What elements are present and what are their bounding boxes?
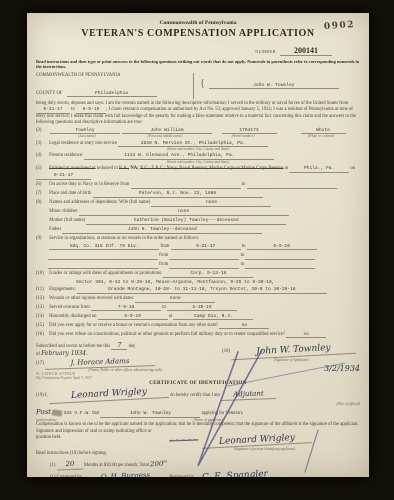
q2-sub-first: (First and middle name) <box>126 134 204 138</box>
form-row-q11: (11) Engagements: Grande Montagne, 10-28… <box>36 287 360 294</box>
identifier-signature-line: ~~~~~ Leonard Wrigley <box>169 429 360 447</box>
q9-from-date: 9-21-17 <box>171 244 241 251</box>
oath-pre: being duly sworn, deposes and says: I am… <box>36 101 348 106</box>
q10-value: Corp. 9-13-18 <box>163 271 253 278</box>
form-row-q13: (13) Served overseas from 7-9-18 to 5-30… <box>36 305 360 312</box>
q10-number: (10) <box>36 271 48 277</box>
q11-label: Engagements: <box>49 287 76 292</box>
total-sup: 00 <box>163 459 167 463</box>
q15-label: Did you ever apply for or receive a bonu… <box>49 323 218 328</box>
q9-to-word-2: to <box>241 253 245 258</box>
sworn-line: Subscribed and sworn to before me this 7… <box>36 341 214 350</box>
application-form-sheet: 0902 Commonwealth of Pennsylvania VETERA… <box>27 13 369 477</box>
q9-from-word-3: from <box>159 262 168 267</box>
q8-father-line: Father John H. Townley--deceased <box>36 227 360 234</box>
q17-number: (17) <box>36 361 44 366</box>
q18-number: (18) <box>222 349 230 354</box>
form-row-q16: (16) Did you ever refuse on conscientiou… <box>36 332 360 339</box>
q2-number: (2) <box>36 128 48 135</box>
q2-sub-race: (White or colored) <box>282 134 360 138</box>
q2-first-name: John William <box>122 128 212 135</box>
notary-stamp-line2: My Commission Expires April 7, 1937 <box>36 376 214 380</box>
q14-label: Honorably discharged on <box>49 314 96 319</box>
q3-sublabel: (Street and number, City, County and Sta… <box>36 147 360 151</box>
number-line: NUMBER 200141 <box>36 40 360 58</box>
q11-value: Grande Montagne, 10-28- to 11-11-18, Tro… <box>77 287 327 294</box>
jurisdiction-block: COMMONWEALTH OF PENNSYLVANIA COUNTY OF P… <box>36 73 360 99</box>
q8-label: Names and addresses of dependents: Wife … <box>49 200 150 205</box>
q9-service-line-1: Hdq. Co. 316 Inf. 79 Div. from 9-21-17 t… <box>36 244 360 251</box>
q7-label: Place and date of birth <box>49 191 91 196</box>
q13-to: 5-30-19 <box>167 305 237 312</box>
sworn-day-word: day <box>129 344 136 349</box>
that-word: that <box>92 411 99 416</box>
total-main: 200 <box>150 459 164 467</box>
form-row-q9: (9) Service in organizations, at station… <box>36 236 360 242</box>
q16-answer: no <box>286 332 326 339</box>
q8-minor-label: Minor children <box>49 209 77 214</box>
months-text: Months at $10.00 per month; Total <box>84 463 149 468</box>
sworn-month-hw: February 1934. <box>41 350 88 357</box>
q9-service-line-3: from to <box>36 262 360 269</box>
sworn-pre: Subscribed and sworn to before me this <box>36 344 110 349</box>
q9-to-date: 6-9-19 <box>247 244 317 251</box>
q7-number: (7) <box>36 191 48 197</box>
q19-number: (19) <box>36 393 44 398</box>
q10-label: Grades or ratings with dates of appointm… <box>49 271 162 276</box>
post-hw: Post <box>36 408 51 417</box>
q8-wife: none <box>151 200 271 207</box>
q9-to-word: to <box>242 244 246 249</box>
q8-minor-value: none <box>79 209 289 216</box>
identifier-signature-column: ~~~~~ Leonard Wrigley (Signature of pers… <box>159 429 360 451</box>
commonwealth-line: COMMONWEALTH OF PENNSYLVANIA <box>36 73 193 79</box>
q5-struck-ra: R.A.; <box>119 166 129 171</box>
q5-kept-na: NA; <box>130 166 138 171</box>
q16-label: Did you ever refuse on conscientious, po… <box>49 332 285 337</box>
form-row-q10: (10) Grades or ratings with dates of app… <box>36 271 360 278</box>
commonwealth-heading: Commonwealth of Pennsylvania <box>36 20 360 27</box>
number-value: 200141 <box>280 46 332 56</box>
q12-value: none <box>135 296 215 303</box>
notary-column: Subscribed and sworn to before me this 7… <box>36 341 214 380</box>
read-note: Read instructions (19) before signing. <box>36 451 360 457</box>
form-row-q4: (4) Present residence: 1134 W. Glenwood … <box>36 153 360 160</box>
q8-father-label: Father <box>49 227 61 232</box>
certificate-title: CERTIFICATE OF IDENTIFICATION <box>36 381 360 387</box>
q8-number: (8) <box>36 200 48 206</box>
oath-from-date: 9-21-17 <box>36 107 70 114</box>
form-row-q6: (6) On active duty in Navy or in Reserve… <box>36 182 360 189</box>
brace: { <box>200 78 205 89</box>
q19-mid: do hereby certify that I am <box>170 393 220 398</box>
q4-label: Present residence: <box>49 153 83 158</box>
instructions-note: Read instructions and then type or print… <box>36 59 360 70</box>
q16-number: (16) <box>36 332 48 338</box>
form-title: VETERAN'S COMPENSATION APPLICATION <box>36 28 360 39</box>
form-row-q14: (14) Honorably discharged on 6-9-19 at C… <box>36 314 360 321</box>
q12-label: Wounds or other injuries received with d… <box>49 296 134 301</box>
oath-to-word: to <box>71 107 75 112</box>
q19-i-word: I, <box>45 393 48 398</box>
applicant-name-typed: John W. Townley <box>209 83 339 89</box>
form-row-q8: (8) Names and addresses of dependents: W… <box>36 200 360 207</box>
q11-overflow-line: Sector 304, 9-13 to 9-25-18, Meuse-Argon… <box>76 280 360 285</box>
q9-to-word-3: to <box>241 262 245 267</box>
form-row-q2: (2) Townley John William 1764173 White <box>36 128 360 135</box>
form-row-q5: (5) Enlisted or re-enlisted or inducted … <box>36 166 360 179</box>
identifier-title-hw: Adjutant <box>221 389 276 401</box>
certificate-applicant-name: John W. Townley <box>100 411 200 418</box>
q2-sublabels: (Last name) (First and middle name) (Ser… <box>36 134 360 138</box>
sworn-day-hw: 7 <box>111 341 127 350</box>
form-row-q3: (3) Legal residence at entry into servic… <box>36 141 360 148</box>
q14-place: Camp Dix, N.J. <box>173 314 253 321</box>
reviewed-label: Reviewed by <box>169 475 194 477</box>
q5-number: (5) <box>36 166 48 172</box>
q3-number: (3) <box>36 141 48 147</box>
q5-on-word: on <box>350 166 355 171</box>
months-hw: 20 <box>56 459 82 470</box>
computation-computed-line: (1) Computed by O. H. Burgess Reviewed b… <box>50 471 360 477</box>
q5-struck-enlisted: Enlisted or re-enlisted or <box>49 166 95 171</box>
seal-note: Signature and impression of seal or stam… <box>36 429 159 451</box>
identifier-sublabel: (Signature of person identifying applica… <box>169 447 360 451</box>
county-label: COUNTY OF <box>36 91 63 96</box>
q2-last-name: Townley <box>50 128 120 135</box>
q13-from: 7-9-18 <box>91 305 161 312</box>
q14-date: 6-9-19 <box>98 314 168 321</box>
certificate-paragraph: Compensation is known to me to be the ap… <box>36 422 360 428</box>
q9-service-line-2: from to <box>36 253 360 260</box>
q4-number: (4) <box>36 153 48 159</box>
q2-sub-last: (Last name) <box>48 134 126 138</box>
q4-value: 1134 W. Glenwood Ave., Philadelphia, Pa. <box>84 153 274 160</box>
certificate-post-line: Post 333 V.F.W. that John W. Townley app… <box>36 408 360 418</box>
computed-label: Computed by <box>57 475 82 477</box>
q2-serial-number: 1764173 <box>222 128 277 135</box>
q5-struck-options: N.G.; E.R.C.; Navy; Naval Reserve; Marin… <box>140 166 284 171</box>
q4-sublabel: (Street and number, City, County and Sta… <box>36 160 360 164</box>
q8-mother-label: Mother (full name) <box>49 218 85 223</box>
q6-number: (6) <box>36 182 48 188</box>
q8-mother-value: Catherine (Baisley) Townley---deceased <box>86 218 286 225</box>
crossed-out-signature: ~~~~~ <box>169 436 199 445</box>
number-label: NUMBER <box>255 49 276 54</box>
q12-number: (12) <box>36 296 48 302</box>
applicant-signature-column: (18) John W. Townley (Signature of Appli… <box>214 341 360 380</box>
county-block: COMMONWEALTH OF PENNSYLVANIA COUNTY OF P… <box>36 73 193 99</box>
form-row-q19: (19) I, Leonard Wrigley do hereby certif… <box>36 389 360 401</box>
stamp-number: 0902 <box>324 20 356 32</box>
q9-from-word: from <box>160 244 169 249</box>
q6-label: On active duty in Navy or in Reserve fro… <box>49 182 129 187</box>
seal-smudge <box>52 409 63 416</box>
q2-race: White <box>301 128 346 135</box>
sworn-of-word: of <box>36 352 40 357</box>
notary-signature-line: (17) J. Horace Adams <box>36 358 214 368</box>
q9-label: Service in organizations, at stations or… <box>49 236 199 241</box>
post-value: 333 V.F.W. <box>63 411 91 416</box>
computation-months-line: (1) 20 Months at $10.00 per month; Total… <box>50 460 360 470</box>
oath-to-date: 6-9-19 <box>76 107 106 114</box>
q14-at-word: at <box>169 314 172 319</box>
county-value: Philadelphia <box>67 91 157 97</box>
certificate-date-hw: 3/2/1934 <box>222 364 360 373</box>
applicant-signature-line: (18) John W. Townley <box>222 345 360 357</box>
form-row-q15: (15) Did you ever apply for or receive a… <box>36 323 360 330</box>
q5-kept-inducted: inducted in <box>97 166 118 171</box>
q14-number: (14) <box>36 314 48 320</box>
q8-minor-line: Minor children none <box>36 209 360 216</box>
oath-paragraph: being duly sworn, deposes and says: I am… <box>36 101 360 125</box>
q6-to-word: to <box>242 182 246 187</box>
q5-place: Phila., Pa. <box>289 166 349 173</box>
q7-value: Paterson, N.J. Nov. 22, 1886 <box>93 191 263 198</box>
q9-organization: Hdq. Co. 316 Inf. 79 Div. <box>49 244 159 251</box>
q5-at-word: at <box>285 166 288 171</box>
q11-number: (11) <box>36 287 48 293</box>
q8-mother-line: Mother (full name) Catherine (Baisley) T… <box>36 218 360 225</box>
sworn-block: Subscribed and sworn to before me this 7… <box>36 341 360 380</box>
total-hw: 20000 <box>150 459 167 468</box>
form-row-q7: (7) Place and date of birth Paterson, N.… <box>36 191 360 198</box>
computed-signature: O. H. Burgess <box>83 471 168 477</box>
reviewed-signature: C. E. Spangler <box>195 469 276 477</box>
comp-item-1: (1) <box>50 463 55 468</box>
q2-sub-serial: (Serial number) <box>204 134 282 138</box>
q15-answer: no <box>219 323 269 330</box>
q13-to-word: to <box>162 305 166 310</box>
q3-label: Legal residence at entry into service <box>49 141 117 146</box>
q9-from-word-2: from <box>159 253 168 258</box>
q13-number: (13) <box>36 305 48 311</box>
identification-signature-block: Signature and impression of seal or stam… <box>36 429 360 451</box>
certificate-trailing: applying for Veteran's <box>202 411 243 416</box>
form-row-q12: (12) Wounds or other injuries received w… <box>36 296 360 303</box>
q8-father-value: John H. Townley--deceased <box>62 227 262 234</box>
name-block: { John W. Townley <box>193 73 360 99</box>
comp-item-2: (1) <box>50 475 55 477</box>
q15-number: (15) <box>36 323 48 329</box>
q13-label: Served overseas from <box>49 305 90 310</box>
q9-number: (9) <box>36 236 48 242</box>
q5-date: 9-21-17 <box>36 173 91 180</box>
q3-value: 2830 N. Mervine St., Philadelphia, Pa. <box>118 141 268 148</box>
